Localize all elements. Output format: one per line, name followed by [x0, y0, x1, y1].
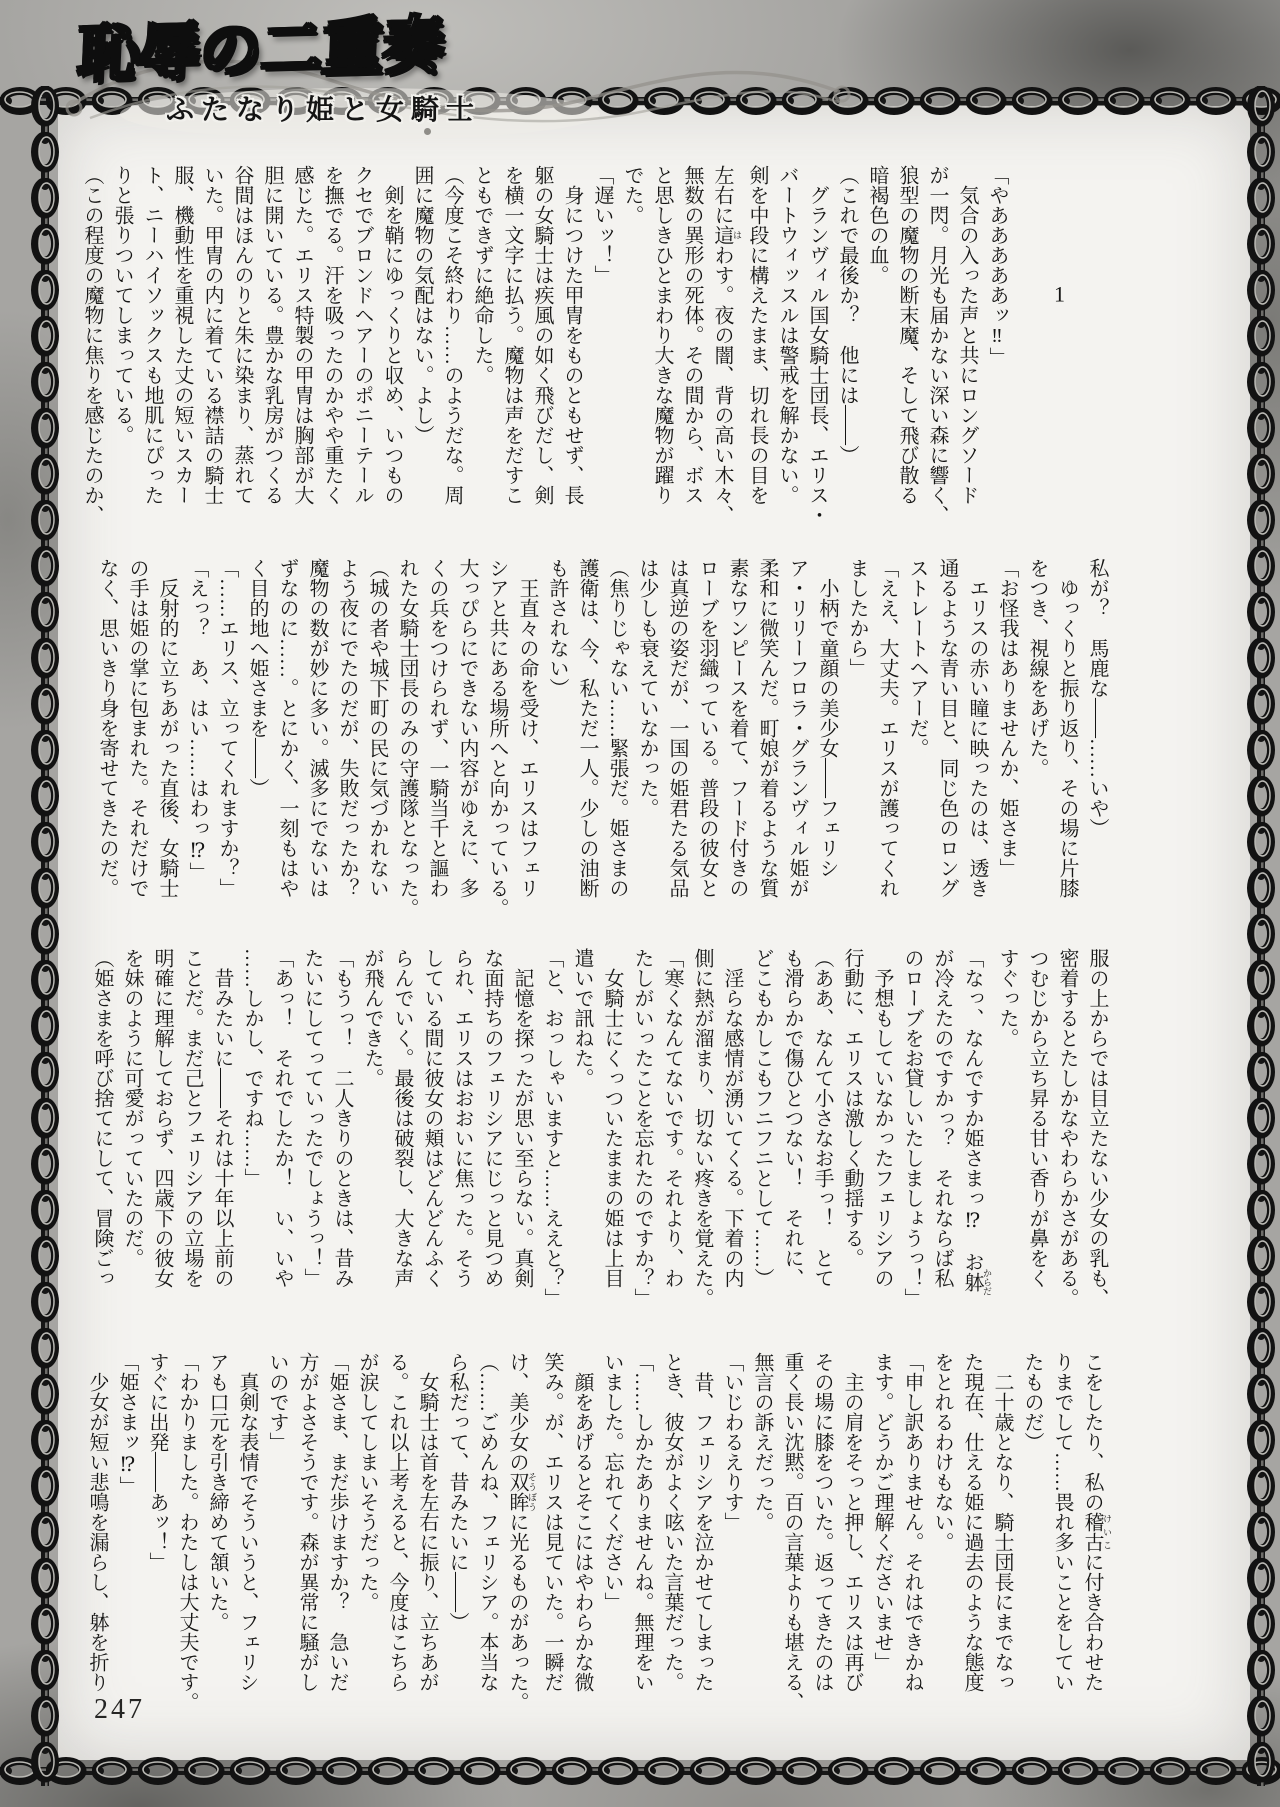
page-number: 247: [94, 1694, 145, 1726]
text-column: ともできずに絶命した。: [467, 165, 497, 557]
text-column: すぐに出発――あッ！」: [142, 1352, 172, 1744]
text-column: 側に熱が溜まり、切ない疼きを覚えた。: [687, 948, 717, 1340]
text-column: くの兵をつけられず、一騎当千と謳わ: [422, 558, 452, 950]
text-column: ことだ。まだ己とフェリシアの立場を: [177, 948, 207, 1340]
text-column: よう夜にでたのだが、失敗だったか？: [332, 558, 362, 950]
text-column: どこもかしこもフニフニとして……）: [747, 948, 777, 1340]
text-column: も許されない）: [542, 558, 572, 950]
text-column: りまでして……畏れ多いことをしてい: [1047, 1352, 1077, 1744]
text-column: ずなのに……。とにかく、一刻もはや: [272, 558, 302, 950]
text-column: （この程度の魔物に焦りを感じたのか、: [77, 165, 107, 557]
text-column: 方がよさそうです。森が異常に騒がし: [292, 1352, 322, 1744]
text-column: （ああ、なんて小さなお手っ！ とて: [807, 948, 837, 1340]
text-column: 「姫さま、まだ歩けますか？ 急いだ: [322, 1352, 352, 1744]
text-column: を横一文字に払う。魔物は声をだすこ: [497, 165, 527, 557]
text-column: 私が？ 馬鹿な――……いや）: [1082, 558, 1112, 950]
text-column: は少しも衰えていなかった。: [632, 558, 662, 950]
text-column: 気合の入った声と共にロングソード: [952, 165, 982, 557]
text-column: 少女が短い悲鳴を漏らし、躰を折り: [82, 1352, 112, 1744]
text-column: 「……エリス、立ってくれますか？」: [212, 558, 242, 950]
text-column: 身につけた甲冑をものともせず、長: [557, 165, 587, 557]
text-column: 「えっ？ あ、はい……はわっ⁉」: [182, 558, 212, 950]
text-band-3: 服の上からでは目立たない少女の乳も、密着するとたしかなやわらかさがある。つむじか…: [96, 948, 1112, 1340]
text-column: 女騎士は首を左右に振り、立ちあが: [412, 1352, 442, 1744]
text-column: つむじから立ち昇る甘い香りが鼻をく: [1022, 948, 1052, 1340]
text-column: 記憶を探ったが思い至らない。真剣: [507, 948, 537, 1340]
text-column: 「あっ！ それでしたか！ い、いや: [267, 948, 297, 1340]
text-column: 躯の女騎士は疾風の如く飛びだし、剣: [527, 165, 557, 557]
text-column: 遣いで訊ねた。: [567, 948, 597, 1340]
text-column: 「もうっ！ 二人きりのときは、昔み: [327, 948, 357, 1340]
text-column: している間に彼女の頬はどんどんふく: [417, 948, 447, 1340]
text-column: 「……しかたありませんね。無理をい: [627, 1352, 657, 1744]
text-column: 囲に魔物の気配はない。よし）: [407, 165, 437, 557]
text-column: 予想もしていなかったフェリシアの: [867, 948, 897, 1340]
ornament-dot: [424, 128, 431, 135]
text-column: たしがいったことを忘れたのですか？」: [627, 948, 657, 1340]
text-column: バートウィッスルは警戒を解かない。: [772, 165, 802, 557]
text-column: 柔和に微笑んだ。町娘が着るような質: [752, 558, 782, 950]
text-column: 服、機動性を重視した丈の短いスカー: [167, 165, 197, 557]
text-column: る。これ以上考えると、今度はこちら: [382, 1352, 412, 1744]
text-column: ト、ニーハイソックスも地肌にぴった: [137, 165, 167, 557]
text-column: 「寒くなんてないです。それより、わ: [657, 948, 687, 1340]
text-column: 谷間はほんのりと朱に染まり、蒸れて: [227, 165, 257, 557]
text-column: 重く長い沈黙。百の言葉よりも堪える、: [777, 1352, 807, 1744]
text-column: 魔物の数が妙に多い。滅多にでないは: [302, 558, 332, 950]
text-column: ア・リリーフロラ・グランヴィル姫が: [782, 558, 812, 950]
text-column: ゆっくりと振り返り、その場に片膝: [1052, 558, 1082, 950]
text-column: 素なワンピースを着て、フード付きの: [722, 558, 752, 950]
text-column: 剣を鞘にゆっくりと収め、いつもの: [377, 165, 407, 557]
text-column: 「わかりました。わたしは大丈夫です。: [172, 1352, 202, 1744]
text-column: アも口元を引き締めて頷いた。: [202, 1352, 232, 1744]
text-column: 主の肩をそっと押し、エリスは再び: [837, 1352, 867, 1744]
text-column: が飛んできた。: [357, 948, 387, 1340]
text-column: 「なっ、なんですか姫さまっ⁉ お躰からだ: [957, 948, 992, 1340]
text-band-4: こをしたり、私の稽古けいこに付き合わせたりまでして……畏れ多いことをしていたもの…: [96, 1352, 1112, 1744]
text-column: 「いじわるえりす」: [717, 1352, 747, 1744]
text-column: 感じた。エリス特製の甲冑は胸部が大: [287, 165, 317, 557]
text-column: が涙してしまいそうだった。: [352, 1352, 382, 1744]
text-column: らんでいく。最後は破裂し、大きな声: [387, 948, 417, 1340]
text-column: 「申し訳ありません。それはできかね: [897, 1352, 927, 1744]
text-column: 「姫さまッ⁉」: [112, 1352, 142, 1744]
text-column: 胆に開いている。豊かな乳房がつくる: [257, 165, 287, 557]
text-column: 女騎士にくっついたままの姫は上目: [597, 948, 627, 1340]
text-column: れた女騎士団長のみの守護隊となった。: [392, 558, 422, 950]
text-column: を撫でる。汗を吸ったのかやや重たく: [317, 165, 347, 557]
text-column: 反射的に立ちあがった直後、女騎士: [152, 558, 182, 950]
text-band-1: 1「やあああああッ‼」気合の入った声と共にロングソードが一閃。月光も届かない深い…: [96, 165, 1112, 557]
text-column: 通るような青い目と、同じ色のロング: [932, 558, 962, 950]
text-column: た現在、仕える姫に過去のような態度: [957, 1352, 987, 1744]
section-number: 1: [1044, 165, 1074, 557]
text-column: な面持ちのフェリシアにじっと見つめ: [477, 948, 507, 1340]
text-column: 左右に這はわす。夜の闇、背の高い木々、: [707, 165, 742, 557]
text-column: 剣を中段に構えたまま、切れ長の目を: [742, 165, 772, 557]
text-column: ます。どうかご理解くださいませ」: [867, 1352, 897, 1744]
text-column: （焦りじゃない……緊張だ。姫さまの: [602, 558, 632, 950]
text-column: 密着するとたしかなやわらかさがある。: [1052, 948, 1082, 1340]
text-column: と思しきひとまわり大きな魔物が躍り: [647, 165, 677, 557]
text-column: 笑み。が、エリスは見ていた。一瞬だ: [537, 1352, 567, 1744]
text-column: られ、エリスはおおいに焦った。そう: [447, 948, 477, 1340]
text-column: 「と、おっしゃいますと……ええと？」: [537, 948, 567, 1340]
text-column: 小柄で童顔の美少女――フェリシ: [812, 558, 842, 950]
text-column: 服の上からでは目立たない少女の乳も、: [1082, 948, 1112, 1340]
text-column: りと張りついてしまっている。: [107, 165, 137, 557]
text-column: ましたから」: [842, 558, 872, 950]
text-column: シアと共にある場所へと向かっている。: [482, 558, 512, 950]
text-column: たいにしてっていったでしょうっ！」: [297, 948, 327, 1340]
text-column: いた。甲冑の内に着ている襟詰の騎士: [197, 165, 227, 557]
text-column: たものだ）: [1017, 1352, 1047, 1744]
text-column: を妹のように可愛がっていたのだ。: [117, 948, 147, 1340]
chain-border-left: [30, 86, 60, 1786]
text-column: 狼型の魔物の断末魔、そして飛び散る: [892, 165, 922, 557]
book-title: 恥辱の二重奏: [76, 0, 446, 94]
text-column: とき、彼女がよく呟いた言葉だった。: [657, 1352, 687, 1744]
text-column: クセでブロンドヘアーのポニーテール: [347, 165, 377, 557]
text-column: 無数の異形の死体。その間から、ボス: [677, 165, 707, 557]
text-column: グランヴィル国女騎士団長、エリス・: [802, 165, 832, 557]
text-column: 「遅いッ！」: [587, 165, 617, 557]
text-column: 「やあああああッ‼」: [982, 165, 1012, 557]
text-column: なく、思いきり身を寄せてきたのだ。: [92, 558, 122, 950]
text-column: 二十歳となり、騎士団長にまでなっ: [987, 1352, 1017, 1744]
text-column: ……しかし、ですね……」: [237, 948, 267, 1340]
text-column: 「お怪我はありませんか、姫さま」: [992, 558, 1022, 950]
text-column: をつき、視線をあげた。: [1022, 558, 1052, 950]
text-column: 無言の訴えだった。: [747, 1352, 777, 1744]
text-column: 護衛は、今、私ただ一人。少しの油断: [572, 558, 602, 950]
text-column: 暗褐色の血。: [862, 165, 892, 557]
text-column: （……ごめんね、フェリシア。本当な: [472, 1352, 502, 1744]
text-column: （今度こそ終わり……のようだな。周: [437, 165, 467, 557]
text-column: 大っぴらにできない内容がゆえに、多: [452, 558, 482, 950]
text-column: く目的地へ姫さまを――）: [242, 558, 272, 950]
chain-border-right: [1246, 86, 1276, 1786]
text-column: （城の者や城下町の民に気づかれない: [362, 558, 392, 950]
text-column: 行動に、エリスは激しく動揺する。: [837, 948, 867, 1340]
text-column: 「ええ、大丈夫。エリスが護ってくれ: [872, 558, 902, 950]
text-column: け、美少女の双眸そうぼうに光るものがあった。: [502, 1352, 537, 1744]
text-column: 淫らな感情が湧いてくる。下着の内: [717, 948, 747, 1340]
text-column: すぐった。: [992, 948, 1022, 1340]
text-column: ストレートヘアーだ。: [902, 558, 932, 950]
text-column: その場に膝をついた。返ってきたのは: [807, 1352, 837, 1744]
text-column: は真逆の姿だが、一国の姫君たる気品: [662, 558, 692, 950]
text-column: 顔をあげるとそこにはやわらかな微: [567, 1352, 597, 1744]
text-column: （これで最後か？ 他には――）: [832, 165, 862, 557]
text-column: が冷えたのですかっ？ それならば私: [927, 948, 957, 1340]
text-column: 王直々の命を受け、エリスはフェリ: [512, 558, 542, 950]
text-column: 昔、フェリシアを泣かせてしまった: [687, 1352, 717, 1744]
book-subtitle: ふたなり姫と女騎士: [166, 88, 481, 128]
chain-border-bottom: [0, 1756, 1280, 1786]
text-column: こをしたり、私の稽古けいこに付き合わせた: [1077, 1352, 1112, 1744]
text-column: 真剣な表情でそういうと、フェリシ: [232, 1352, 262, 1744]
text-column: をとれるわけもない。: [927, 1352, 957, 1744]
text-column: いのです」: [262, 1352, 292, 1744]
text-column: ら私だって、昔みたいに――）: [442, 1352, 472, 1744]
text-column: （姫さまを呼び捨てにして、冒険ごっ: [87, 948, 117, 1340]
text-column: のローブをお貸しいたしましょうっ！」: [897, 948, 927, 1340]
text-column: エリスの赤い瞳に映ったのは、透き: [962, 558, 992, 950]
text-column: ローブを羽織っている。普段の彼女と: [692, 558, 722, 950]
text-column: いました。忘れてください」: [597, 1352, 627, 1744]
text-column: でた。: [617, 165, 647, 557]
text-column: が一閃。月光も届かない深い森に響く、: [922, 165, 952, 557]
page-panel: 1「やあああああッ‼」気合の入った声と共にロングソードが一閃。月光も届かない深い…: [58, 106, 1250, 1760]
book-page: { "header": { "title": "恥辱の二重奏", "subtit…: [0, 0, 1280, 1807]
text-column: 明確に理解しておらず、四歳下の彼女: [147, 948, 177, 1340]
text-column: も滑らかで傷ひとつない！ それに、: [777, 948, 807, 1340]
text-column: 昔みたいに――それは十年以上前の: [207, 948, 237, 1340]
text-band-2: 私が？ 馬鹿な――……いや）ゆっくりと振り返り、その場に片膝をつき、視線をあげた…: [96, 558, 1112, 950]
text-column: の手は姫の掌に包まれた。それだけで: [122, 558, 152, 950]
